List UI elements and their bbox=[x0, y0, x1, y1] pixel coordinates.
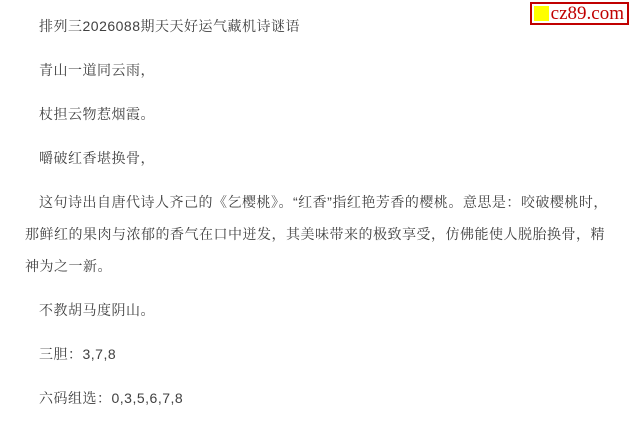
poem-line-4: 不教胡马度阴山。 bbox=[25, 294, 615, 326]
article-title: 排列三2026088期天天好运气藏机诗谜语 bbox=[25, 10, 615, 42]
poem-line-3: 嚼破红香堪换骨， bbox=[25, 142, 615, 174]
article-content: 排列三2026088期天天好运气藏机诗谜语 青山一道同云雨， 杖担云物惹烟霞。 … bbox=[0, 0, 633, 414]
poem-line-1: 青山一道同云雨， bbox=[25, 54, 615, 86]
poem-analysis-paragraph: 这句诗出自唐代诗人齐己的《乞樱桃》。“红香”指红艳芳香的樱桃。意思是：咬破樱桃时… bbox=[25, 186, 615, 282]
poem-line-2: 杖担云物惹烟霞。 bbox=[25, 98, 615, 130]
site-logo-text: cz89.com bbox=[551, 4, 624, 23]
three-dan-numbers: 三胆：3,7,8 bbox=[25, 338, 615, 370]
site-logo[interactable]: cz89.com bbox=[530, 2, 629, 25]
six-code-selection: 六码组选：0,3,5,6,7,8 bbox=[25, 382, 615, 414]
logo-yellow-square-icon bbox=[534, 6, 549, 21]
article-page: cz89.com 排列三2026088期天天好运气藏机诗谜语 青山一道同云雨， … bbox=[0, 0, 633, 439]
